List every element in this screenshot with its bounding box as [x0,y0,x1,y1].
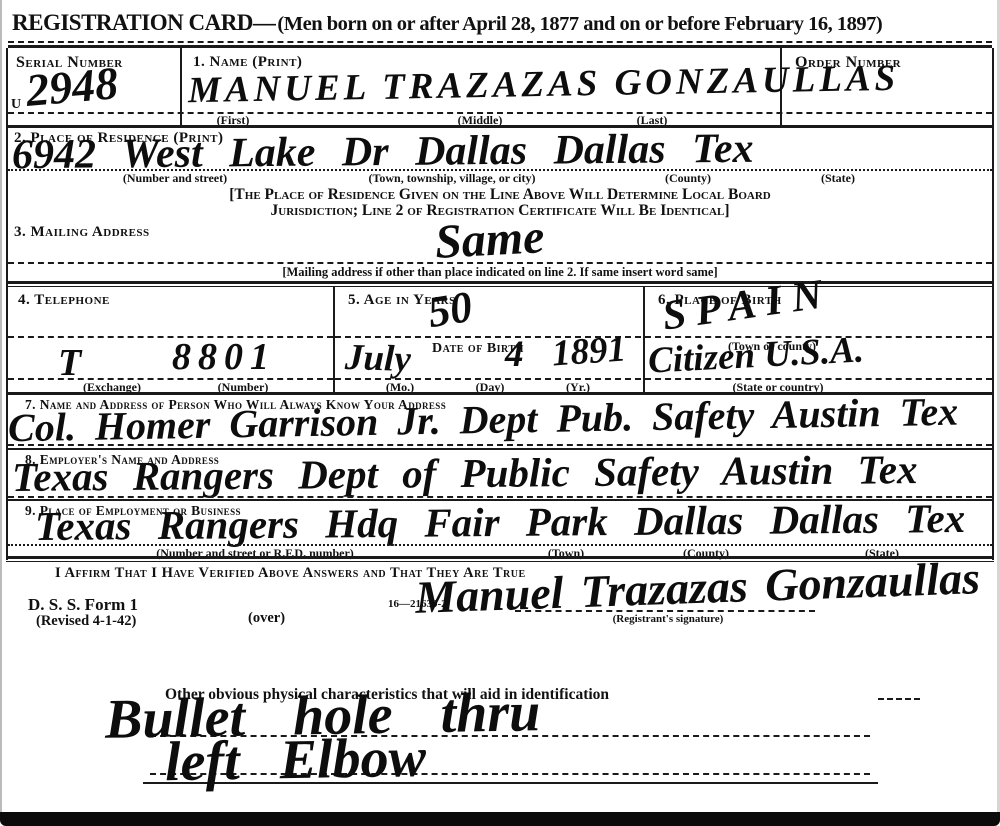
residence-sublabel-county: (County) [665,171,711,186]
row3-bottom-border-b [6,286,994,287]
card-subtitle: (Men born on or after April 28, 1877 and… [277,13,882,36]
header-rule-dashed [8,41,992,43]
residence-sublabel-street: (Number and street) [123,171,227,186]
telephone-number-value: 8801 [172,338,276,376]
row3-bottom-border-a [6,281,994,284]
mailing-address-label: 3. Mailing Address [14,224,150,241]
age-value: 50 [425,285,475,335]
card-header: REGISTRATION CARD— (Men born on or after… [12,10,882,36]
mailing-note: [Mailing address if other than place ind… [282,265,717,280]
header-rule-solid [8,45,992,48]
row1-divider-1 [180,48,182,126]
dob-month-value: July [344,339,411,378]
telephone-label: 4. Telephone [18,292,110,309]
order-number-label: Order Number [795,54,901,72]
row3-write-line [8,262,992,264]
residence-sublabel-town: (Town, township, village, or city) [368,171,535,186]
form-number: D. S. S. Form 1 [28,595,138,615]
over-note: (over) [248,610,285,627]
row4-divider-2 [643,287,645,392]
identification-line2-value: left Elbow [165,730,427,791]
form-revision: (Revised 4-1-42) [36,613,136,630]
dob-year-value: 1891 [551,330,627,372]
telephone-mid-line [8,336,333,338]
telephone-exchange-value: T [58,344,81,382]
serial-prefix: U [11,97,21,113]
employer-value: Texas Rangers Dept of Public Safety Aust… [12,449,918,498]
dob-day-value: 4 [505,336,524,373]
card-title: REGISTRATION CARD— [12,10,275,36]
scan-bottom-edge [0,812,1000,826]
serial-number-value: 2948 [24,60,120,114]
mailing-address-value: Same [434,213,546,267]
registration-card-scan: REGISTRATION CARD— (Men born on or after… [0,0,1000,826]
scan-left-edge [0,0,2,812]
employment-value: Texas Rangers Hdq Fair Park Dallas Dalla… [35,498,966,547]
birth-country-value: Citizen U.S.A. [647,331,865,379]
residence-sublabel-state: (State) [821,171,855,186]
identification-label-dashes [878,698,920,700]
row4-divider-1 [333,287,335,392]
telephone-write-line [8,378,333,380]
